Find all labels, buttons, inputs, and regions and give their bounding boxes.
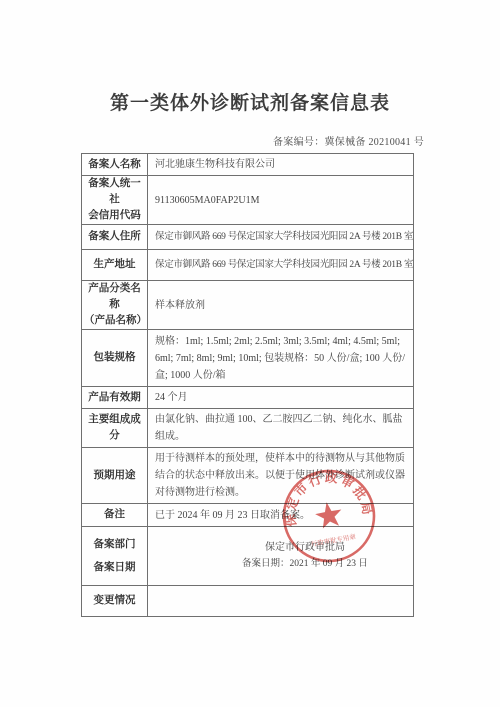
row-label: 备案部门 备案日期 bbox=[82, 527, 148, 586]
table-row-shelf-life: 产品有效期 24 个月 bbox=[82, 387, 414, 409]
table-row-remarks: 备注 已于 2024 年 09 月 23 日取消备案。 bbox=[82, 504, 414, 527]
filing-date: 备案日期：2021 年 09 月 23 日 bbox=[215, 556, 395, 572]
filing-dept-date-block: 保定市行政审批局 备案日期：2021 年 09 月 23 日 bbox=[215, 540, 395, 572]
table-row-main-components: 主要组成成分 由氯化钠、曲拉通 100、乙二胺四乙二钠、纯化水、胍盐组成。 bbox=[82, 409, 414, 448]
filing-department: 保定市行政审批局 bbox=[215, 540, 395, 556]
table-row-changes: 变更情况 bbox=[82, 586, 414, 617]
table-row-filing-dept-date: 备案部门 备案日期 保定市行政审批局 备案日期：2021 年 09 月 23 日 bbox=[82, 527, 414, 586]
row-value: 样本释放剂 bbox=[148, 281, 414, 330]
table-row-credit-code: 备案人统一社 会信用代码 91130605MA0FAP2U1M bbox=[82, 176, 414, 225]
row-label: 变更情况 bbox=[82, 586, 148, 617]
row-value: 已于 2024 年 09 月 23 日取消备案。 bbox=[148, 504, 414, 527]
row-value: 保定市御风路 669 号保定国家大学科技园光阳园 2A 号楼 201B 室 bbox=[148, 225, 414, 250]
table-row-packaging-spec: 包装规格 规格：1ml; 1.5ml; 2ml; 2.5ml; 3ml; 3.5… bbox=[82, 330, 414, 387]
page-title: 第一类体外诊断试剂备案信息表 bbox=[0, 88, 500, 115]
row-label: 预期用途 bbox=[82, 448, 148, 504]
row-value: 24 个月 bbox=[148, 387, 414, 409]
row-value: 保定市御风路 669 号保定国家大学科技园光阳园 2A 号楼 201B 室 bbox=[148, 250, 414, 281]
row-value: 保定市行政审批局 备案日期：2021 年 09 月 23 日 bbox=[148, 527, 414, 586]
row-value bbox=[148, 586, 414, 617]
row-label: 备案人名称 bbox=[82, 154, 148, 176]
row-label: 生产地址 bbox=[82, 250, 148, 281]
table-row-intended-use: 预期用途 用于待测样本的预处理，使样本中的待测物从与其他物质结合的状态中释放出来… bbox=[82, 448, 414, 504]
filing-number: 备案编号：冀保械备 20210041 号 bbox=[273, 133, 424, 148]
document-page: 第一类体外诊断试剂备案信息表 备案编号：冀保械备 20210041 号 备案人名… bbox=[0, 0, 500, 707]
row-label: 备注 bbox=[82, 504, 148, 527]
row-label: 备案人住所 bbox=[82, 225, 148, 250]
table-row-applicant-address: 备案人住所 保定市御风路 669 号保定国家大学科技园光阳园 2A 号楼 201… bbox=[82, 225, 414, 250]
row-value: 91130605MA0FAP2U1M bbox=[148, 176, 414, 225]
table-row-applicant-name: 备案人名称 河北驰康生物科技有限公司 bbox=[82, 154, 414, 176]
table-row-production-address: 生产地址 保定市御风路 669 号保定国家大学科技园光阳园 2A 号楼 201B… bbox=[82, 250, 414, 281]
filing-info-table: 备案人名称 河北驰康生物科技有限公司 备案人统一社 会信用代码 91130605… bbox=[81, 153, 414, 617]
row-label: 产品有效期 bbox=[82, 387, 148, 409]
row-label: 包装规格 bbox=[82, 330, 148, 387]
row-value: 规格：1ml; 1.5ml; 2ml; 2.5ml; 3ml; 3.5ml; 4… bbox=[148, 330, 414, 387]
row-label: 备案人统一社 会信用代码 bbox=[82, 176, 148, 225]
row-value: 用于待测样本的预处理，使样本中的待测物从与其他物质结合的状态中释放出来。以便于使… bbox=[148, 448, 414, 504]
row-label: 产品分类名称 （产品名称） bbox=[82, 281, 148, 330]
table-row-product-name: 产品分类名称 （产品名称） 样本释放剂 bbox=[82, 281, 414, 330]
row-value: 由氯化钠、曲拉通 100、乙二胺四乙二钠、纯化水、胍盐组成。 bbox=[148, 409, 414, 448]
row-label: 主要组成成分 bbox=[82, 409, 148, 448]
row-value: 河北驰康生物科技有限公司 bbox=[148, 154, 414, 176]
